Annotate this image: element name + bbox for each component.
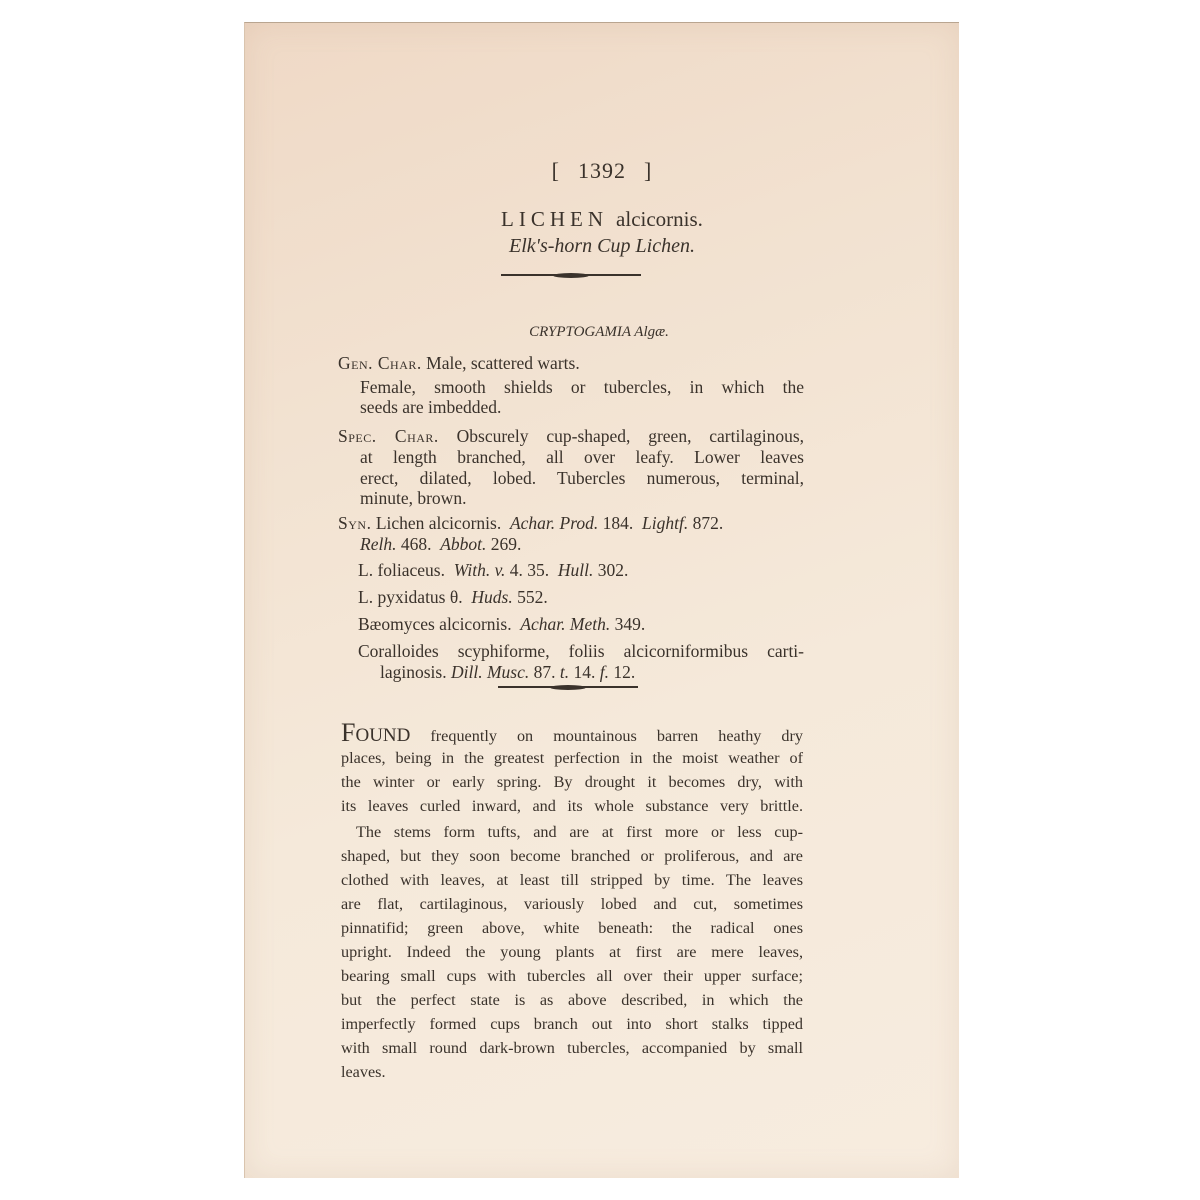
genus-name: LICHEN [501,207,608,231]
synonym-label: Syn. [338,513,371,533]
synonym-2: L. foliaceus. With. v. 4. 35. Hull. 302. [358,560,628,581]
description-p2-line-8: but the perfect state is as above descri… [341,988,803,1012]
description-p2-line-3: clothed with leaves, at least till strip… [341,868,803,892]
description-line-4: its leaves curled inward, and its whole … [341,794,803,818]
description-p2-line-7: bearing small cups with tubercles all ov… [341,964,803,988]
description-p2-line-1: The stems form tufts, and are at first m… [356,820,803,844]
synonym-5-cont: laginosis. Dill. Musc. 87. t. 14. f. 12. [380,662,635,683]
spec-char-label: Spec. Char. [338,426,439,446]
description-p2-line-11: leaves. [341,1060,386,1084]
book-page: [1392] LICHENalcicornis. Elk's-horn Cup … [244,22,959,1178]
description-line-3: the winter or early spring. By drought i… [341,770,803,794]
description-line-2: places, being in the greatest perfection… [341,746,803,770]
ornamental-rule-top [501,274,641,276]
description-p2-line-2: shaped, but they soon become branched or… [341,844,803,868]
synonym-4: Bæomyces alcicornis. Achar. Meth. 349. [358,614,645,635]
spec-char-line-3: erect, dilated, lobed. Tubercles numerou… [360,468,804,489]
synonym-1: Syn. Lichen alcicornis. Achar. Prod. 184… [338,513,723,534]
gen-char-line-2: Female, smooth shields or tubercles, in … [360,377,804,398]
description-p2-line-9: imperfectly formed cups branch out into … [341,1012,803,1036]
classification: CRYPTOGAMIA Algæ. [242,324,956,341]
description-p2-line-4: are flat, cartilaginous, variously lobed… [341,892,803,916]
spec-char-line-1: Spec. Char. Obscurely cup-shaped, green,… [338,426,804,447]
spec-char-line-2: at length branched, all over leafy. Lowe… [360,447,804,468]
gen-char-label: Gen. Char. [338,353,422,373]
gen-char-line-1: Gen. Char. Male, scattered warts. [338,353,580,374]
species-name: alcicornis. [616,207,703,231]
description-p2-line-5: pinnatifid; green above, white beneath: … [341,916,803,940]
gen-char-line-3: seeds are imbedded. [360,397,501,418]
description-line-1: Found frequently on mountainous barren h… [341,721,803,748]
common-name: Elk's-horn Cup Lichen. [245,235,959,258]
synonym-3: L. pyxidatus θ. Huds. 552. [358,587,548,608]
synonym-5: Coralloides scyphiforme, foliis alcicorn… [358,641,804,662]
description-p2-line-6: upright. Indeed the young plants at firs… [341,940,803,964]
drop-word: Found [341,718,410,747]
page-number: [1392] [245,158,959,184]
ornamental-rule-bottom [498,686,638,688]
synonym-1-cont: Relh. 468. Abbot. 269. [360,534,521,555]
description-p2-line-10: with small round dark-brown tubercles, a… [341,1036,803,1060]
spec-char-line-4: minute, brown. [360,488,466,509]
species-title: LICHENalcicornis. [245,207,959,232]
